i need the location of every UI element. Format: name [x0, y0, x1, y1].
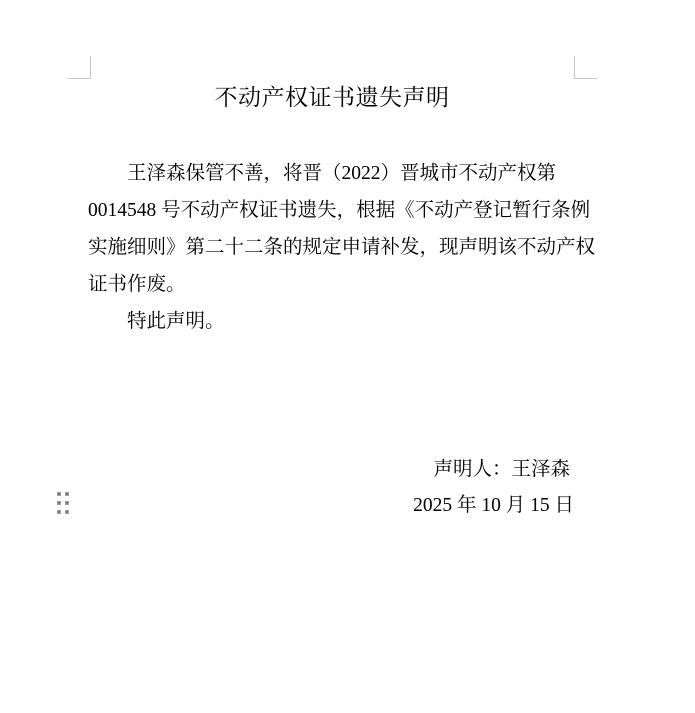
body-line-3: 实施细则》第二十二条的规定申请补发，现声明该不动产权	[88, 229, 578, 266]
drag-handle-dot	[65, 510, 69, 514]
drag-handle-dot	[57, 501, 61, 505]
body-line-5: 特此声明。	[88, 303, 578, 340]
drag-handle-dot	[65, 501, 69, 505]
margin-crop-mark-top-left-icon	[68, 56, 91, 79]
drag-handle-dots-icon[interactable]	[57, 492, 69, 514]
body-line-1: 王泽森保管不善，将晋（2022）晋城市不动产权第	[88, 155, 578, 192]
document-title: 不动产权证书遗失声明	[90, 85, 574, 110]
body-line-2: 0014548 号不动产权证书遗失，根据《不动产登记暂行条例	[88, 192, 578, 229]
declarant-line: 声明人：王泽森	[413, 452, 574, 488]
document-page: 不动产权证书遗失声明 王泽森保管不善，将晋（2022）晋城市不动产权第 0014…	[0, 0, 695, 713]
signature-block: 声明人：王泽森 2025 年 10 月 15 日	[413, 452, 574, 524]
body-line-4: 证书作废。	[88, 266, 578, 303]
drag-handle-dot	[57, 492, 61, 496]
drag-handle-dot	[57, 510, 61, 514]
document-body: 王泽森保管不善，将晋（2022）晋城市不动产权第 0014548 号不动产权证书…	[88, 155, 578, 340]
margin-crop-mark-top-right-icon	[574, 56, 597, 79]
date-line: 2025 年 10 月 15 日	[413, 488, 574, 524]
drag-handle-dot	[65, 492, 69, 496]
